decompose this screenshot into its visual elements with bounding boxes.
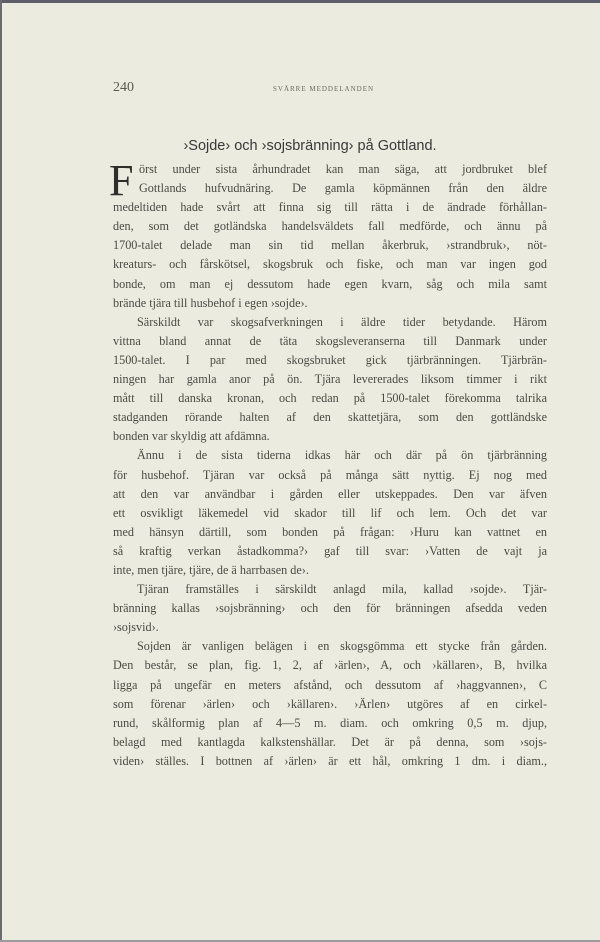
text-line: ningen har gamla anor på ön. Tjära lever…	[113, 370, 547, 389]
text-line: så kraftig verkan åstadkomma?› gaf till …	[113, 542, 547, 561]
text-line: vittna bland annat de täta skogsleverans…	[113, 332, 547, 351]
text-line: rund, skålformig plan af 4—5 m. diam. oc…	[113, 714, 547, 733]
scan-edge-top	[0, 0, 600, 3]
text-line: bränning kallas ›sojsbränning› och den f…	[113, 599, 547, 618]
article-title: ›Sojde› och ›sojsbränning› på Gottland.	[0, 138, 600, 154]
page-number: 240	[113, 80, 134, 96]
article-body: F örst under sista århundradet kan man s…	[113, 160, 547, 771]
text-line: viden› ställes. I bottnen af ›ärlen› är …	[113, 752, 547, 771]
text-line: Särskildt var skogsafverkningen i äldre …	[113, 313, 547, 332]
text-line: Sojden är vanligen belägen i en skogsgöm…	[113, 637, 547, 656]
text-line: ett osvikligt läkemedel vid skador till …	[113, 504, 547, 523]
text-line: ligga på ungefär en meters afstånd, och …	[113, 676, 547, 695]
text-line: ›sojsvid›.	[113, 618, 547, 637]
text-line: för husbehof. Tjäran var också på många …	[113, 466, 547, 485]
text-line: brände tjära till husbehof i egen ›sojde…	[113, 294, 547, 313]
text-line: att den var användbar i gården eller uts…	[113, 485, 547, 504]
text-line: som förenar ›ärlen› och ›källaren›. ›Ärl…	[113, 695, 547, 714]
drop-cap: F	[109, 162, 133, 200]
text-line: Tjäran framställes i särskildt anlagd mi…	[113, 580, 547, 599]
text-line: mått till danska kronan, och redan på 15…	[113, 389, 547, 408]
text-line: bonden var skyldig att afdämna.	[113, 427, 547, 446]
text-line: stadganden rörande halten af den skattet…	[113, 408, 547, 427]
journal-title: SVÄRRE MEDDELANDEN	[273, 85, 374, 93]
text-line: bonde, om man ej dessutom hade egen kvar…	[113, 275, 547, 294]
text-line: 1700-talet delade man sin tid mellan åke…	[113, 236, 547, 255]
text-line: Ännu i de sista tiderna idkas här och dä…	[113, 446, 547, 465]
running-head: 240 SVÄRRE MEDDELANDEN	[113, 80, 513, 100]
text-line: belagd med kantlagda kalkstenshällar. De…	[113, 733, 547, 752]
text-line: den, som det gotländska handelsväldets f…	[113, 217, 547, 236]
text-line: medeltiden hade svårt att finna sig till…	[113, 198, 547, 217]
text-line: 1500-talet. I par med skogsbruket gick t…	[113, 351, 547, 370]
book-page: 240 SVÄRRE MEDDELANDEN ›Sojde› och ›sojs…	[0, 0, 600, 942]
text-line: örst under sista århundradet kan man säg…	[113, 160, 547, 179]
text-line: Den består, se plan, fig. 1, 2, af ›ärle…	[113, 656, 547, 675]
text-line: kreaturs- och fårskötsel, skogsbruk och …	[113, 255, 547, 274]
text-line: med hänsyn därtill, som bonden på frågan…	[113, 523, 547, 542]
text-line: inte, men tjäre, tjäre, de ä harrbasen d…	[113, 561, 547, 580]
text-line: Gottlands hufvudnäring. De gamla köpmänn…	[113, 179, 547, 198]
